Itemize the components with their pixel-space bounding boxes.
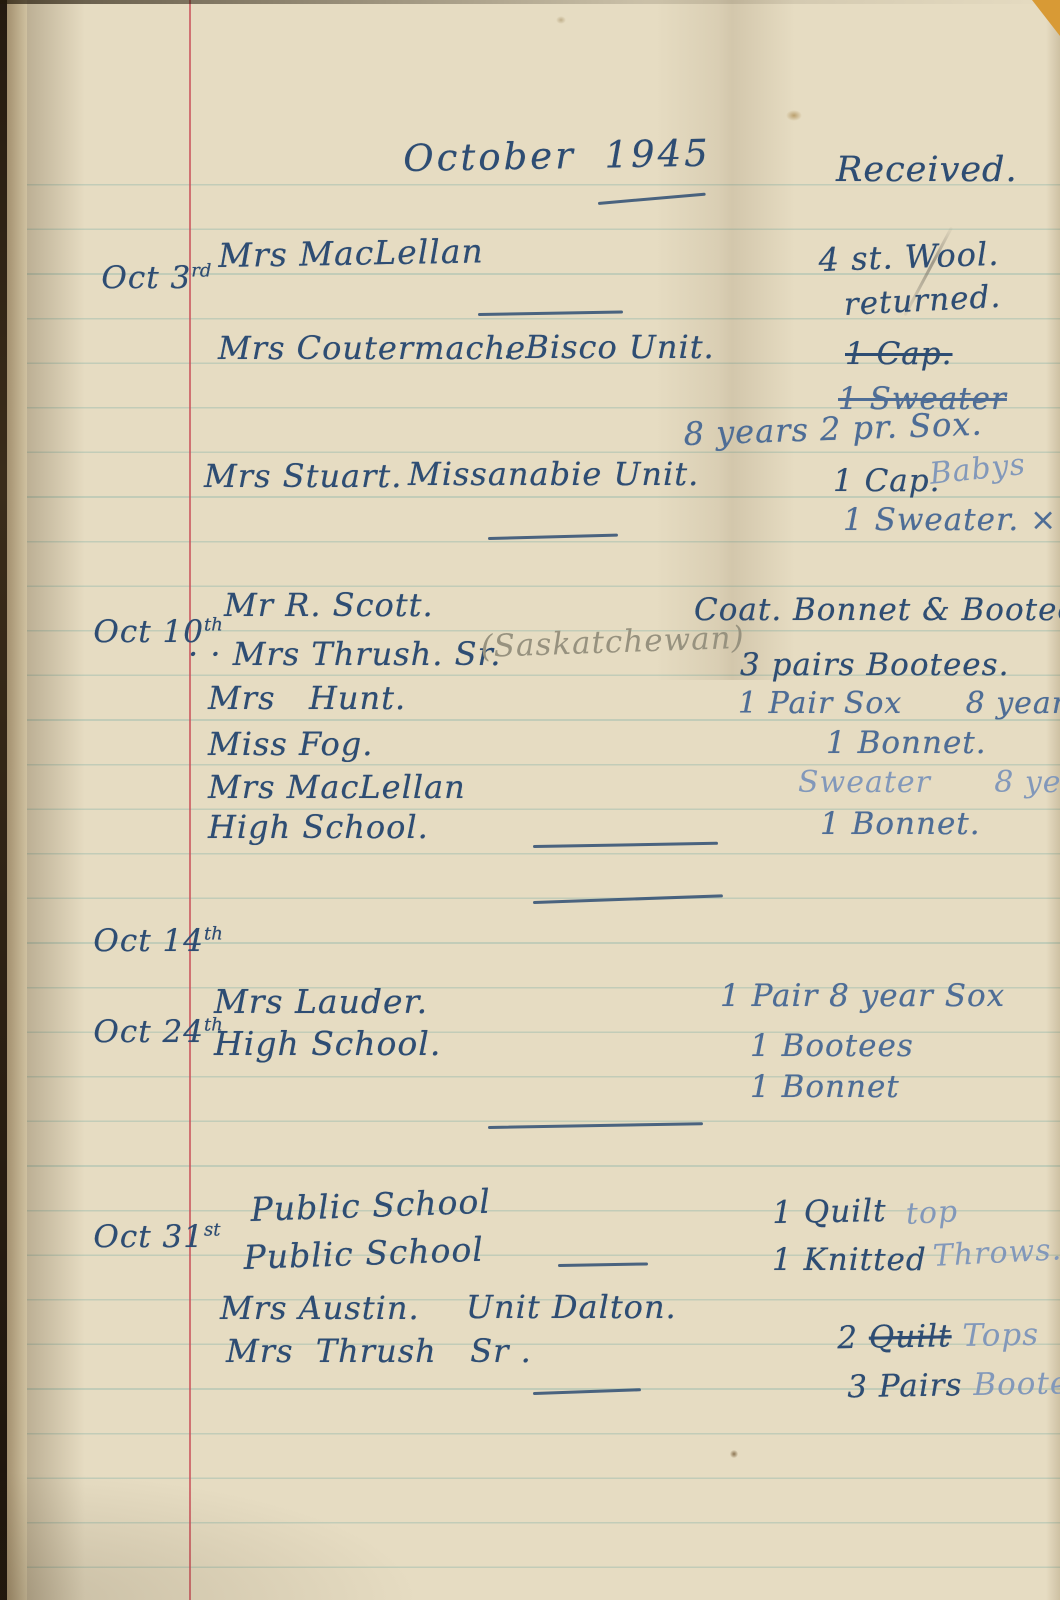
entry-received: 1 Pair Sox 8 years (738, 687, 1060, 720)
received-count: 3 Pairs (847, 1367, 974, 1405)
date-text: Oct 24 (93, 1014, 204, 1050)
page-edge-stack (7, 0, 27, 1600)
date-label: Oct 24th (50, 981, 223, 1083)
stain (556, 16, 566, 24)
entry-received: returned. (843, 280, 1002, 322)
entry-received: 1 Bootees (750, 1029, 914, 1063)
divider-line (533, 842, 718, 848)
divider-line (533, 1388, 641, 1394)
binding-shadow (0, 0, 7, 1600)
top-edge-shadow (0, 0, 1060, 4)
divider-line (488, 534, 618, 540)
date-text: Oct 14 (93, 923, 204, 959)
entry-received: 3 pairs Bootees. (740, 648, 1009, 682)
entry-received-faded: Babys (928, 448, 1027, 491)
date-ordinal: rd (191, 261, 211, 282)
entry-received-faded: top (905, 1195, 959, 1231)
stain (786, 110, 802, 121)
entry-received: 1 Bonnet. (826, 726, 987, 760)
entry-name: Mrs Lauder. (214, 984, 428, 1020)
entry-received: 1 Sweater. × (843, 503, 1057, 537)
date-text: Oct 31 (93, 1219, 204, 1255)
entry-received: Coat. Bonnet & Bootees (694, 593, 1060, 627)
entry-received-faded: Sweater 8 years (798, 766, 1060, 799)
entry-name: · · Mrs Thrush. Sr. (188, 637, 501, 672)
entry-name: Miss Fog. (208, 727, 373, 762)
entry-name: Public School (243, 1232, 484, 1277)
entry-name: Mrs Austin. (220, 1291, 420, 1326)
notebook-page: October 1945 Received. Oct 3rd Mrs MacLe… (0, 0, 1060, 1600)
received-faded-word: Bootees. (973, 1365, 1060, 1403)
entry-name: Mrs Hunt. (208, 681, 406, 716)
entry-unit: . Bisco Unit. (503, 330, 715, 365)
received-column-header: Received. (836, 151, 1018, 190)
entry-name: Mrs Thrush Sr . (226, 1334, 532, 1369)
entry-name: Mrs Stuart. (204, 459, 402, 494)
entry-name: Mrs Coutermache (218, 331, 526, 366)
entry-received: 1 Quilt (772, 1194, 887, 1230)
entry-received-faded: Throws. (932, 1233, 1060, 1273)
entry-received: 1 Cap. (833, 464, 940, 498)
date-ordinal: st (204, 1220, 220, 1241)
divider-line (478, 310, 623, 315)
date-label: Oct 3rd (58, 227, 211, 329)
entry-received: 1 Bonnet. (820, 807, 981, 841)
date-ordinal: th (204, 924, 223, 945)
entry-name: Mrs MacLellan (218, 233, 484, 274)
entry-unit: Missanabie Unit. (408, 457, 699, 492)
bottom-left-shadow (0, 1470, 424, 1600)
entry-received: 1 Pair 8 year Sox (720, 979, 1005, 1013)
entry-name: High School. (208, 810, 429, 845)
divider-line (488, 1122, 703, 1128)
entry-name: Mrs MacLellan (208, 770, 466, 805)
entry-name: High School. (214, 1026, 441, 1062)
entry-name: Public School (250, 1184, 491, 1229)
entry-name: Mr R. Scott. (224, 588, 434, 623)
entry-received: 3 Pairs Bootees. (803, 1332, 1060, 1440)
divider-line (533, 894, 723, 903)
entry-received-struck: 1 Cap. (845, 337, 952, 371)
entry-received: 4 st. Wool. (818, 237, 1000, 278)
divider-line (558, 1262, 648, 1266)
month-title: October 1945 (403, 134, 711, 180)
entry-received: 1 Bonnet (750, 1070, 900, 1104)
date-text: Oct 3 (101, 260, 191, 296)
entry-received: 1 Knitted (772, 1243, 927, 1277)
date-label: Oct 31st (50, 1186, 220, 1288)
stain (730, 1450, 738, 1458)
date-label: Oct 14th (50, 890, 223, 992)
entry-received: 8 years 2 pr. Sox. (683, 407, 983, 453)
entry-unit: Unit Dalton. (466, 1290, 677, 1325)
date-ordinal: th (204, 615, 223, 636)
